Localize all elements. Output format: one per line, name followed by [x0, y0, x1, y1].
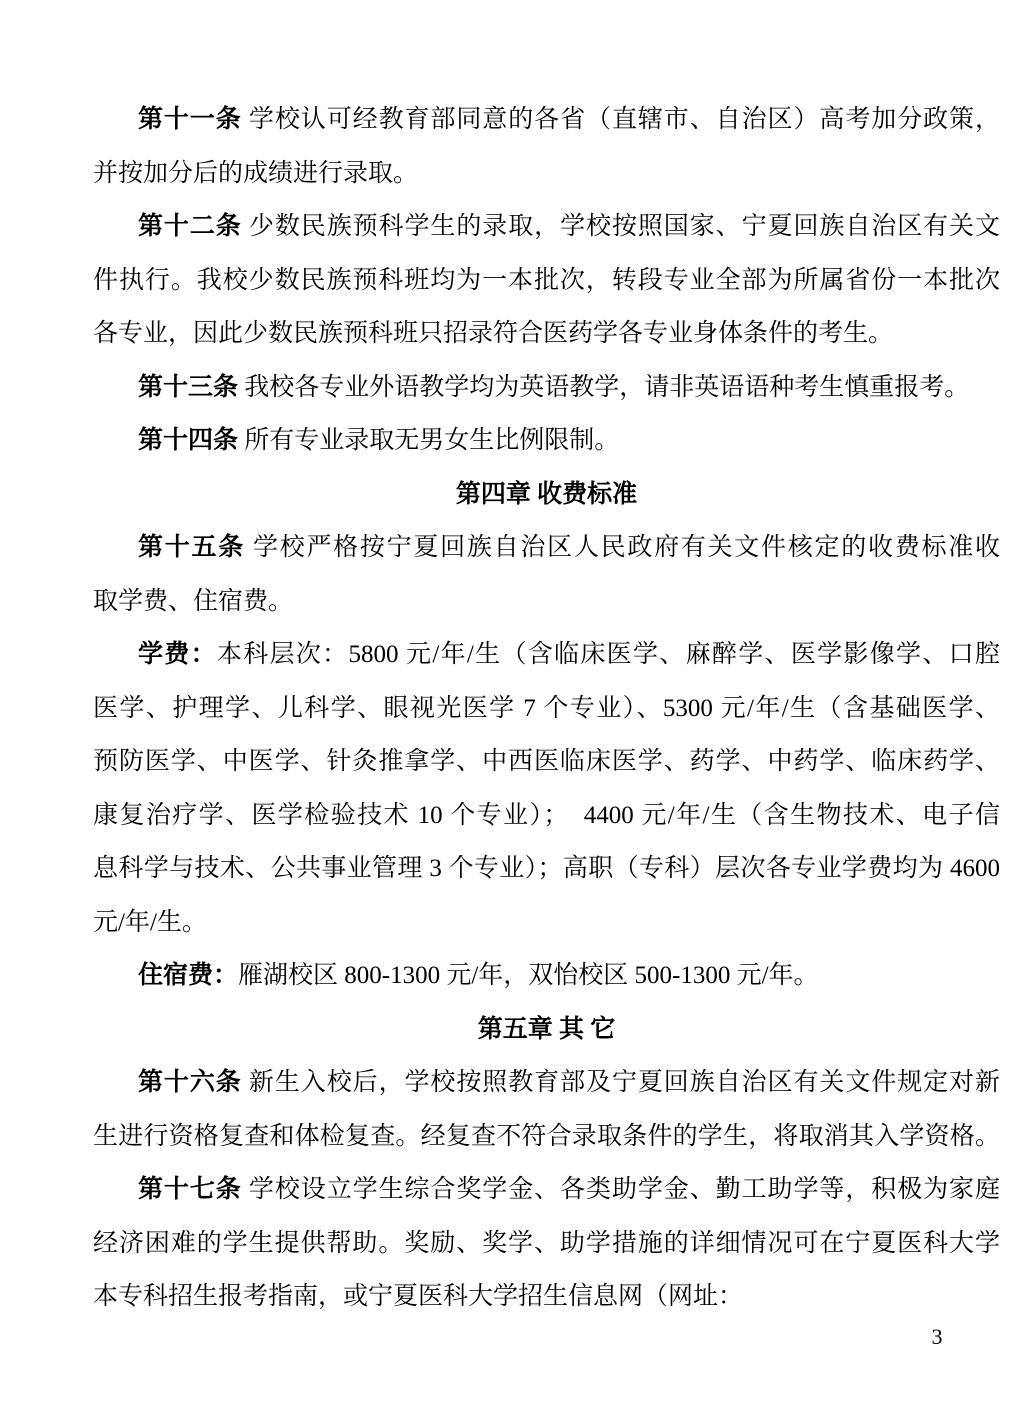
text-line: 元/年/生。: [93, 896, 1000, 950]
bold-label: 第十三条: [138, 374, 238, 401]
text-line: 第十二条 少数民族预科学生的录取，学校按照国家、宁夏回族自治区有关文: [93, 200, 1000, 254]
bold-label: 第十五条: [138, 534, 245, 561]
text-line: 各专业，因此少数民族预科班只招录符合医药学各专业身体条件的考生。: [93, 307, 1000, 361]
line-text: 经济困难的学生提供帮助。奖励、奖学、助学措施的详细情况可在宁夏医科大学: [93, 1230, 1000, 1257]
line-text: 预防医学、中医学、针灸推拿学、中西医临床医学、药学、中药学、临床药学、: [93, 748, 1000, 775]
text-line: 息科学与技术、公共事业管理 3 个专业）；高职（专科）层次各专业学费均为 460…: [93, 842, 1000, 896]
line-text: 取学费、住宿费。: [93, 588, 293, 615]
text-line: 第十四条 所有专业录取无男女生比例限制。: [93, 414, 1000, 468]
line-text: 医学、护理学、儿科学、眼视光医学 7 个专业）、5300 元/年/生（含基础医学…: [93, 695, 1000, 722]
chapter-heading: 第四章 收费标准: [93, 468, 1000, 522]
line-text: 学校设立学生综合奖学金、各类助学金、勤工助学等，积极为家庭: [242, 1176, 1000, 1203]
bold-label: 第十七条: [138, 1176, 242, 1203]
line-text: 学校严格按宁夏回族自治区人民政府有关文件核定的收费标准收: [245, 534, 1000, 561]
text-line: 经济困难的学生提供帮助。奖励、奖学、助学措施的详细情况可在宁夏医科大学: [93, 1217, 1000, 1271]
bold-label: 住宿费：: [138, 962, 238, 989]
bold-label: 第十六条: [138, 1069, 242, 1096]
line-text: 新生入校后，学校按照教育部及宁夏回族自治区有关文件规定对新: [242, 1069, 1000, 1096]
line-text: 本专科招生报考指南，或宁夏医科大学招生信息网（网址：: [93, 1283, 743, 1310]
bold-label: 第十四条: [138, 427, 238, 454]
text-line: 第十三条 我校各专业外语教学均为英语教学，请非英语语种考生慎重报考。: [93, 361, 1000, 415]
line-text: 我校各专业外语教学均为英语教学，请非英语语种考生慎重报考。: [238, 374, 969, 401]
text-line: 住宿费：雁湖校区 800-1300 元/年，双怡校区 500-1300 元/年。: [93, 949, 1000, 1003]
text-line: 预防医学、中医学、针灸推拿学、中西医临床医学、药学、中药学、临床药学、: [93, 735, 1000, 789]
text-line: 生进行资格复查和体检复查。经复查不符合录取条件的学生，将取消其入学资格。: [93, 1110, 1000, 1164]
document-page: 第十一条 学校认可经教育部同意的各省（直辖市、自治区）高考加分政策，并按加分后的…: [0, 0, 1013, 1421]
text-line: 康复治疗学、医学检验技术 10 个专业）； 4400 元/年/生（含生物技术、电…: [93, 789, 1000, 843]
line-text: 第四章 收费标准: [456, 481, 637, 508]
text-line: 本专科招生报考指南，或宁夏医科大学招生信息网（网址：: [93, 1270, 1000, 1324]
line-text: 康复治疗学、医学检验技术 10 个专业）； 4400 元/年/生（含生物技术、电…: [93, 802, 1000, 829]
line-text: 元/年/生。: [93, 909, 207, 936]
text-line: 医学、护理学、儿科学、眼视光医学 7 个专业）、5300 元/年/生（含基础医学…: [93, 682, 1000, 736]
line-text: 雁湖校区 800-1300 元/年，双怡校区 500-1300 元/年。: [238, 962, 819, 989]
line-text: 生进行资格复查和体检复查。经复查不符合录取条件的学生，将取消其入学资格。: [93, 1123, 1000, 1150]
line-text: 学校认可经教育部同意的各省（直辖市、自治区）高考加分政策，: [242, 106, 1000, 133]
text-line: 取学费、住宿费。: [93, 575, 1000, 629]
text-line: 第十七条 学校设立学生综合奖学金、各类助学金、勤工助学等，积极为家庭: [93, 1163, 1000, 1217]
line-text: 第五章 其 它: [478, 1016, 616, 1043]
text-line: 学费：本科层次：5800 元/年/生（含临床医学、麻醉学、医学影像学、口腔: [93, 628, 1000, 682]
text-line: 第十六条 新生入校后，学校按照教育部及宁夏回族自治区有关文件规定对新: [93, 1056, 1000, 1110]
line-text: 少数民族预科学生的录取，学校按照国家、宁夏回族自治区有关文: [242, 213, 1000, 240]
text-line: 第十一条 学校认可经教育部同意的各省（直辖市、自治区）高考加分政策，: [93, 93, 1000, 147]
line-text: 息科学与技术、公共事业管理 3 个专业）；高职（专科）层次各专业学费均为 460…: [93, 855, 1000, 882]
bold-label: 第十二条: [138, 213, 242, 240]
text-line: 件执行。我校少数民族预科班均为一本批次，转段专业全部为所属省份一本批次: [93, 254, 1000, 308]
line-text: 各专业，因此少数民族预科班只招录符合医药学各专业身体条件的考生。: [93, 320, 893, 347]
line-text: 本科层次：5800 元/年/生（含临床医学、麻醉学、医学影像学、口腔: [217, 641, 1000, 668]
line-text: 件执行。我校少数民族预科班均为一本批次，转段专业全部为所属省份一本批次: [93, 267, 1000, 294]
text-line: 第十五条 学校严格按宁夏回族自治区人民政府有关文件核定的收费标准收: [93, 521, 1000, 575]
chapter-heading: 第五章 其 它: [93, 1003, 1000, 1057]
page-number: 3: [919, 1324, 955, 1350]
text-line: 并按加分后的成绩进行录取。: [93, 147, 1000, 201]
line-text: 并按加分后的成绩进行录取。: [93, 160, 418, 187]
bold-label: 第十一条: [138, 106, 242, 133]
document-body: 第十一条 学校认可经教育部同意的各省（直辖市、自治区）高考加分政策，并按加分后的…: [93, 93, 1000, 1324]
line-text: 所有专业录取无男女生比例限制。: [238, 427, 619, 454]
bold-label: 学费：: [138, 641, 217, 668]
